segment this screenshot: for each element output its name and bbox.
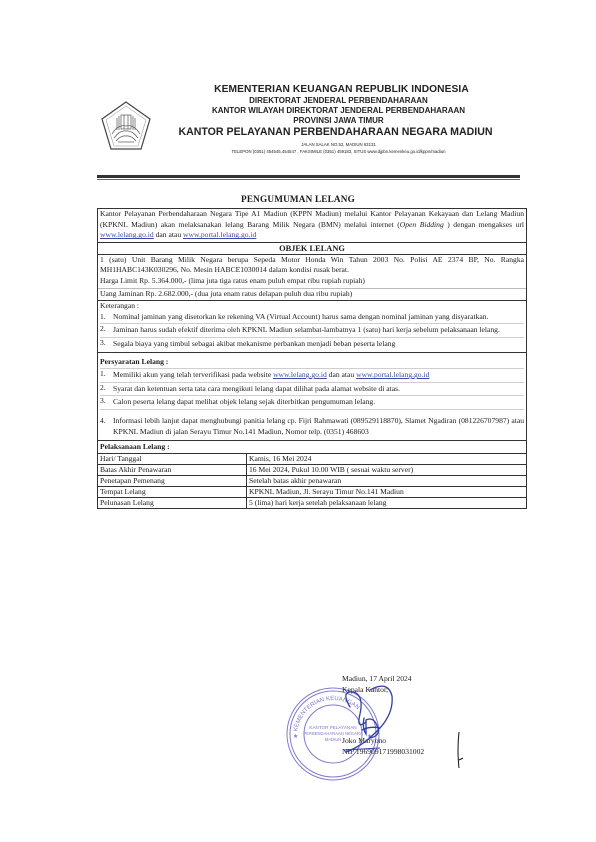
letterhead-address: JALAN SALAK NO.52, MADIUN 63131 — [157, 141, 520, 148]
letterhead-rule-thin — [97, 179, 520, 180]
announcement-box: Kantor Pelayanan Perbendaharaan Negara T… — [97, 208, 527, 509]
table-row: Pelunasan Lelang5 (lima) hari kerja sete… — [98, 497, 526, 508]
open-bidding-text: Open Bidding — [400, 220, 444, 229]
row-label: Tempat Lelang — [98, 486, 247, 497]
intro-text-mid2: dan atau — [154, 230, 183, 239]
persyaratan-item: 4.Informasi lebih lanjut dapat menghubun… — [100, 409, 524, 437]
item-text: Jaminan harus sudah efektif diterima ole… — [113, 325, 500, 334]
keterangan-item: 3.Segala biaya yang timbul sebagai akiba… — [100, 337, 524, 350]
item-text: Syarat dan ketentuan serta tata cara men… — [113, 384, 400, 393]
letterhead: KEMENTERIAN KEUANGAN REPUBLIK INDONESIA … — [97, 84, 520, 180]
row-label: Hari/ Tanggal — [98, 453, 247, 464]
item-number: 2. — [100, 383, 106, 394]
row-value: 5 (lima) hari kerja setelah pelaksanaan … — [247, 497, 527, 508]
kemenkeu-emblem-icon — [100, 100, 152, 152]
item-text: Memiliki akun yang telah terverifikasi p… — [113, 370, 273, 379]
portal-lelang-link[interactable]: www.portal.lelang.go.id — [356, 370, 429, 379]
uang-jaminan: Uang Jaminan Rp. 2.682.000,- (dua juta e… — [98, 288, 526, 301]
lelang-link[interactable]: www.lelang.go.id — [273, 370, 327, 379]
row-value: 16 Mei 2024, Pukul 10.00 WIB ( sesuai wa… — [247, 464, 527, 475]
item-text: Segala biaya yang timbul sebagai akibat … — [113, 339, 395, 348]
letterhead-ministry: KEMENTERIAN KEUANGAN REPUBLIK INDONESIA — [163, 84, 520, 96]
keterangan-heading: Keterangan : — [100, 301, 524, 312]
svg-text:★: ★ — [293, 733, 298, 740]
intro-paragraph: Kantor Pelayanan Perbendaharaan Negara T… — [98, 208, 526, 242]
pelaksanaan-table: Hari/ TanggalKamis, 16 Mei 2024 Batas Ak… — [98, 453, 526, 509]
table-row: Batas Akhir Penawaran16 Mei 2024, Pukul … — [98, 464, 526, 475]
persyaratan-item: 1.Memiliki akun yang telah terverifikasi… — [100, 368, 524, 381]
row-value: Kamis, 16 Mei 2024 — [247, 453, 527, 464]
letterhead-rule — [97, 175, 520, 178]
table-row: Penetapan PemenangSetelah batas akhir pe… — [98, 475, 526, 486]
keterangan-section: Keterangan : 1.Nominal jaminan yang dise… — [98, 300, 526, 351]
persyaratan-item: 2.Syarat dan ketentuan serta tata cara m… — [100, 382, 524, 395]
letterhead-office-name: KANTOR PELAYANAN PERBENDAHARAAN NEGARA M… — [151, 126, 520, 139]
table-row: Tempat LelangKPKNL Madiun, Jl. Serayu Ti… — [98, 486, 526, 497]
harga-limit: Harga Limit Rp. 5.364.000,- (lima juta t… — [98, 276, 526, 288]
letterhead-province: PROVINSI JAWA TIMUR — [157, 116, 520, 126]
paraf-mark-icon — [455, 730, 465, 770]
letterhead-regional-office: KANTOR WILAYAH DIREKTORAT JENDERAL PERBE… — [157, 106, 520, 116]
keterangan-list: 1.Nominal jaminan yang disetorkan ke rek… — [100, 312, 524, 350]
item-number: 1. — [100, 312, 106, 323]
item-number: 3. — [100, 338, 106, 349]
persyaratan-item: 3.Calon peserta lelang dapat melihat obj… — [100, 395, 524, 408]
item-number: 1. — [100, 369, 106, 380]
item-number: 4. — [100, 416, 106, 427]
keterangan-item: 1.Nominal jaminan yang disetorkan ke rek… — [100, 312, 524, 323]
pelaksanaan-heading: Pelaksanaan Lelang : — [98, 440, 526, 453]
keterangan-item: 2.Jaminan harus sudah efektif diterima o… — [100, 323, 524, 336]
row-value: KPKNL Madiun, Jl. Serayu Timur No.141 Ma… — [247, 486, 527, 497]
persyaratan-list: 1.Memiliki akun yang telah terverifikasi… — [100, 368, 524, 437]
item-number: 2. — [100, 324, 106, 335]
objek-heading: OBJEK LELANG — [98, 242, 526, 254]
portal-lelang-link[interactable]: www.portal.lelang.go.id — [183, 230, 256, 239]
persyaratan-section: Persyaratan Lelang : 1.Memiliki akun yan… — [98, 352, 526, 441]
row-label: Pelunasan Lelang — [98, 497, 247, 508]
letterhead-contact: TELEPON (0351) 454545,454547 , FAKSIMILE… — [157, 148, 520, 155]
stamp-line-3: MADIUN — [325, 737, 342, 742]
table-row: Hari/ TanggalKamis, 16 Mei 2024 — [98, 453, 526, 464]
item-text-mid: dan atau — [327, 370, 356, 379]
intro-text-mid: ) dengan mengakses url — [444, 220, 524, 229]
objek-description: 1 (satu) Unit Barang Milik Negara berupa… — [98, 254, 526, 276]
item-text: Calon peserta lelang dapat melihat objek… — [113, 397, 375, 406]
document-title: PENGUMUMAN LELANG — [0, 194, 596, 204]
handwritten-signature-icon — [340, 682, 420, 762]
letterhead-directorate: DIREKTORAT JENDERAL PERBENDAHARAAN — [157, 96, 520, 106]
row-label: Penetapan Pemenang — [98, 475, 247, 486]
persyaratan-heading: Persyaratan Lelang : — [100, 357, 524, 368]
item-text: Nominal jaminan yang disetorkan ke reken… — [113, 312, 488, 321]
lelang-link[interactable]: www.lelang.go.id — [100, 230, 154, 239]
item-number: 3. — [100, 396, 106, 407]
item-text: Informasi lebih lanjut dapat menghubungi… — [113, 416, 524, 436]
row-value: Setelah batas akhir penawaran — [247, 475, 527, 486]
row-label: Batas Akhir Penawaran — [98, 464, 247, 475]
